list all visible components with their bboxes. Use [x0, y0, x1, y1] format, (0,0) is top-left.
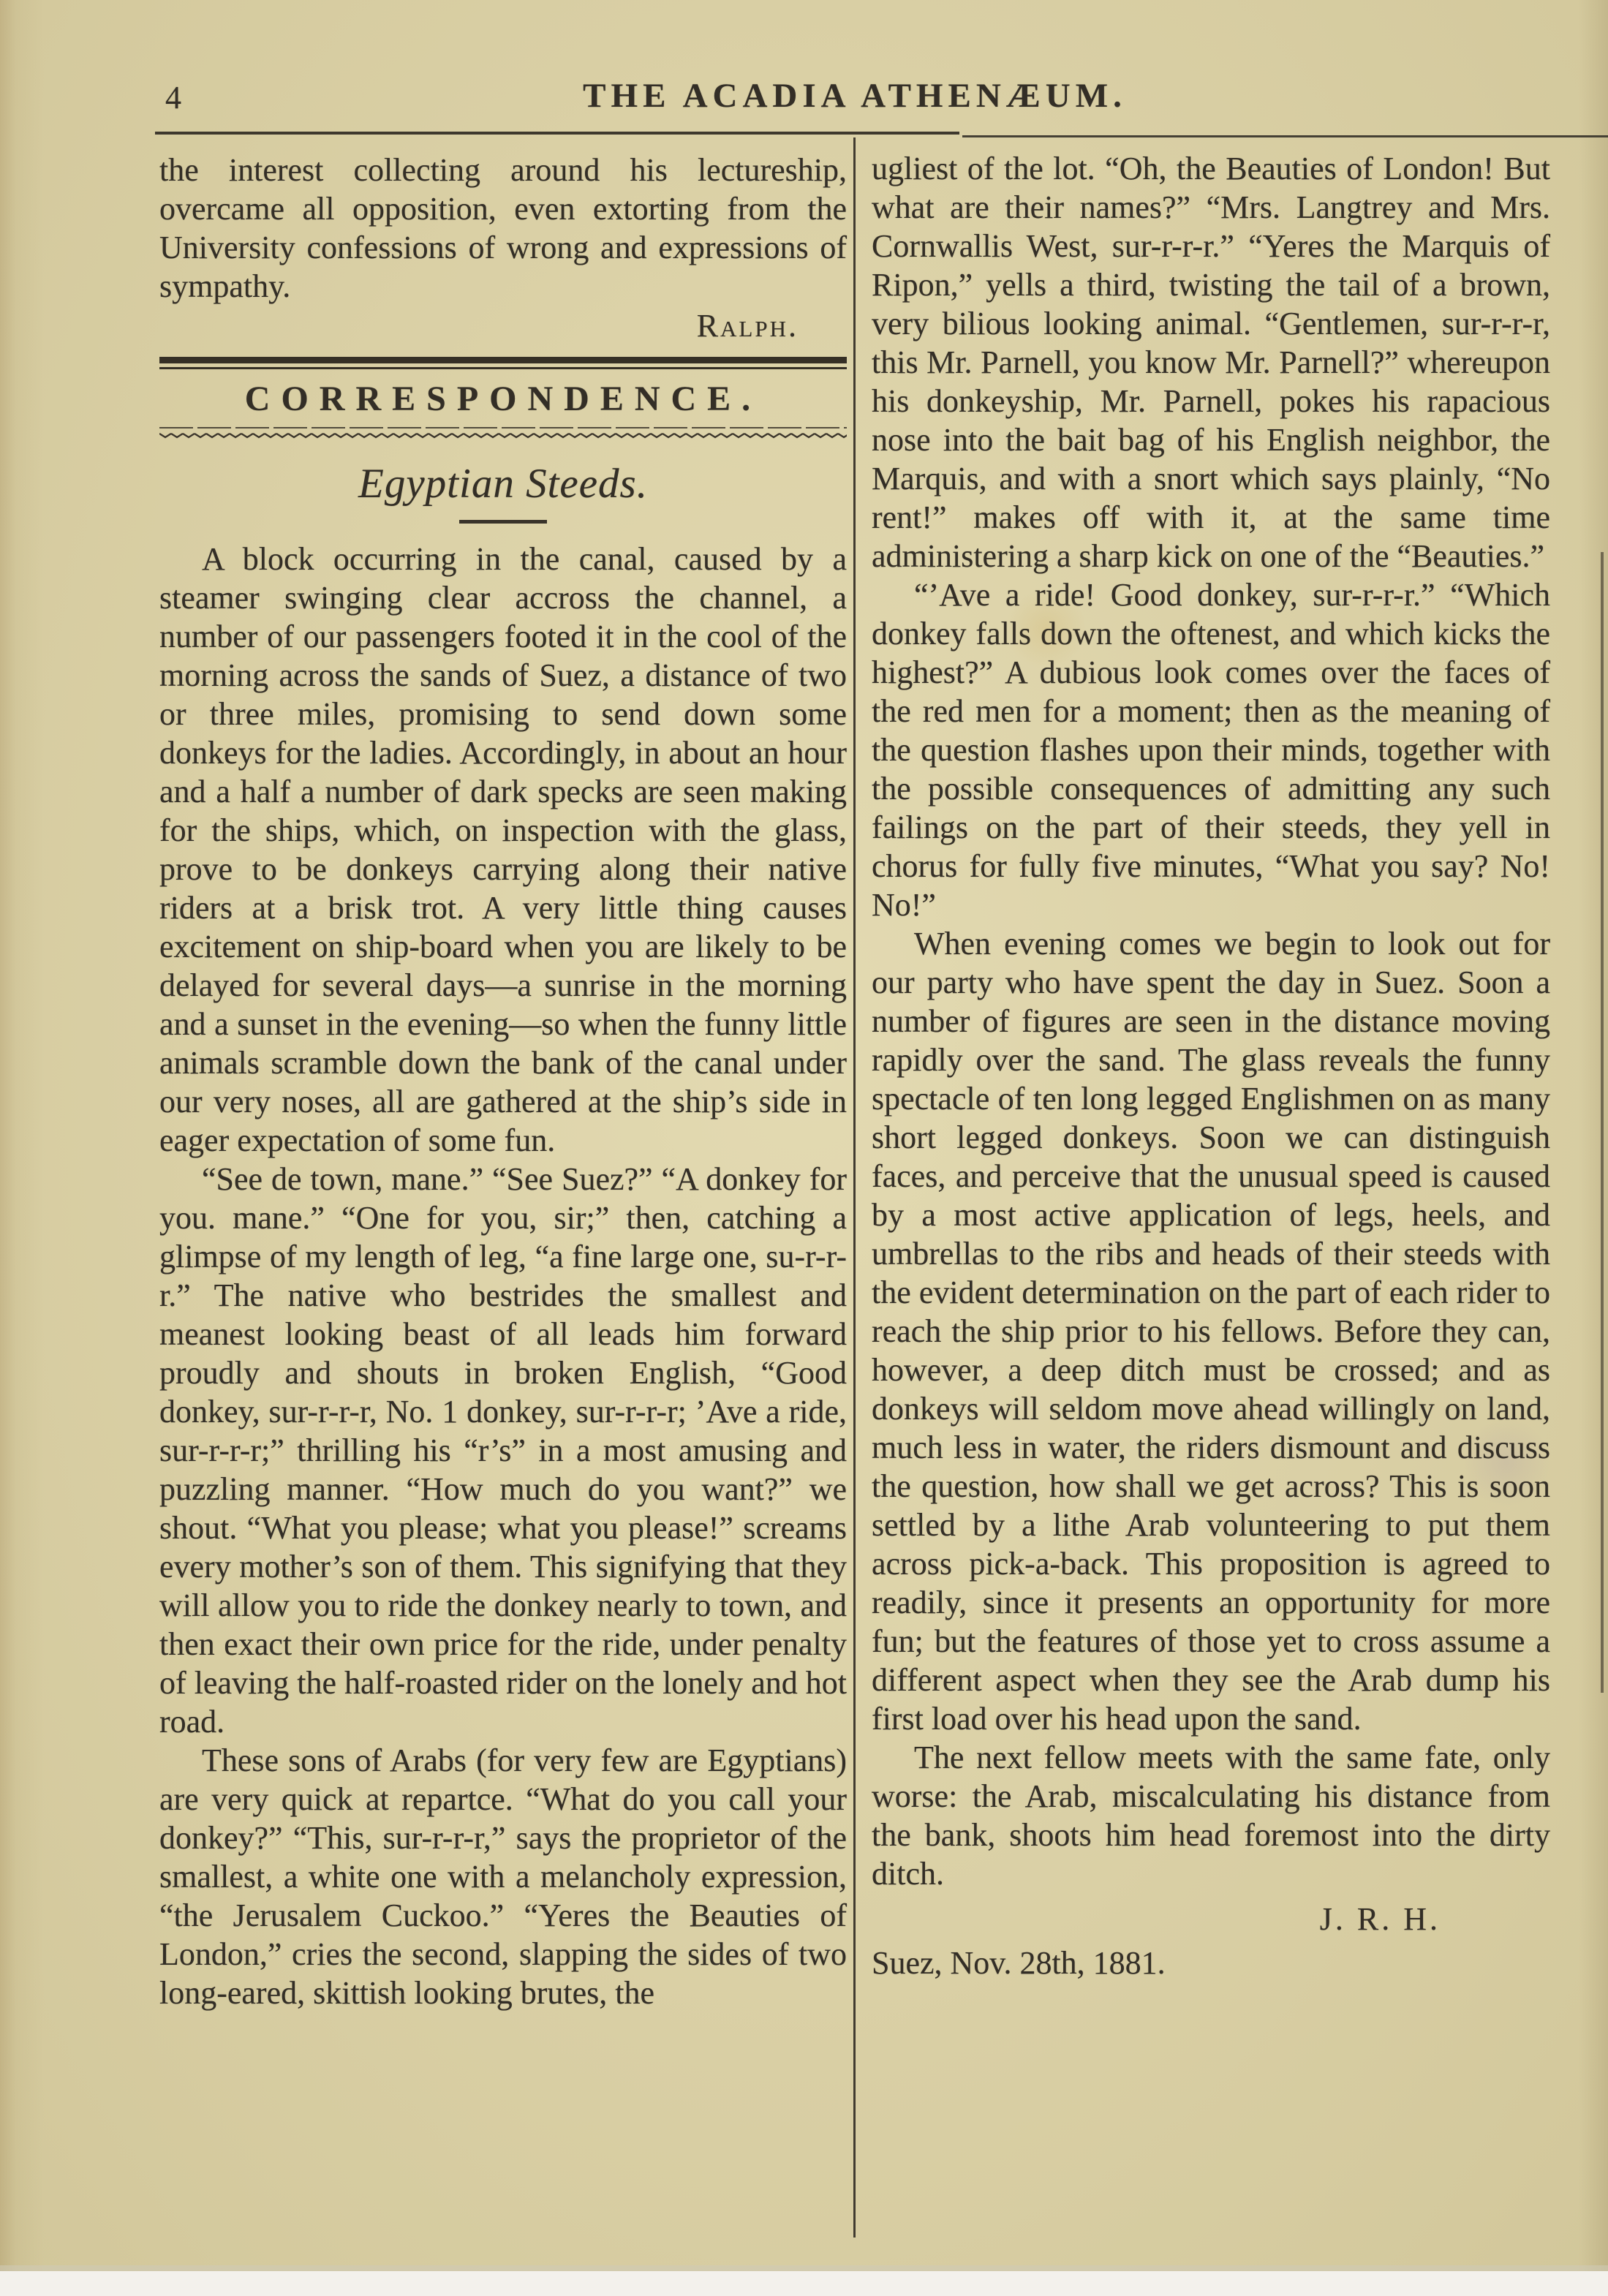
scanned-newspaper-page: 4 THE ACADIA ATHENÆUM. the interest coll…: [0, 0, 1608, 2296]
header-rule-right-segment: [962, 135, 1608, 137]
article-paragraph: ugliest of the lot. “Oh, the Beauties of…: [872, 149, 1550, 575]
thin-rule: [159, 367, 847, 369]
section-divider-double-rule: [159, 357, 847, 369]
scan-bottom-blend: [0, 2265, 1608, 2271]
scan-edge-artifact: [1601, 552, 1604, 1693]
dateline: Suez, Nov. 28th, 1881.: [872, 1941, 1550, 1985]
title-rule: [459, 520, 547, 524]
continuation-paragraph: the interest collecting around his lectu…: [159, 151, 847, 306]
wavy-rule: [159, 425, 847, 441]
scan-bottom-edge: [0, 2271, 1608, 2296]
article-paragraph: The next fellow meets with the same fate…: [872, 1738, 1550, 1893]
thick-rule: [159, 357, 847, 363]
left-column: the interest collecting around his lectu…: [159, 151, 847, 2012]
author-signature-jrh: J. R. H.: [872, 1897, 1550, 1941]
masthead: THE ACADIA ATHENÆUM.: [159, 79, 1550, 113]
author-signature-ralph: Ralph.: [159, 306, 847, 347]
article-paragraph: When evening comes we begin to look out …: [872, 924, 1550, 1738]
article-paragraph: A block occurring in the canal, caused b…: [159, 540, 847, 1160]
article-paragraph: These sons of Arabs (for very few are Eg…: [159, 1741, 847, 2012]
right-column: ugliest of the lot. “Oh, the Beauties of…: [872, 149, 1550, 1985]
article-paragraph: “See de town, mane.” “See Suez?” “A donk…: [159, 1160, 847, 1741]
article-title: Egyptian Steeds.: [159, 460, 847, 508]
header-rule-left-segment: [155, 132, 959, 135]
section-heading-correspondence: CORRESPONDENCE.: [159, 377, 847, 422]
column-divider-rule: [853, 137, 856, 2238]
article-paragraph: “’Ave a ride! Good donkey, sur-r-r-r.” “…: [872, 575, 1550, 924]
